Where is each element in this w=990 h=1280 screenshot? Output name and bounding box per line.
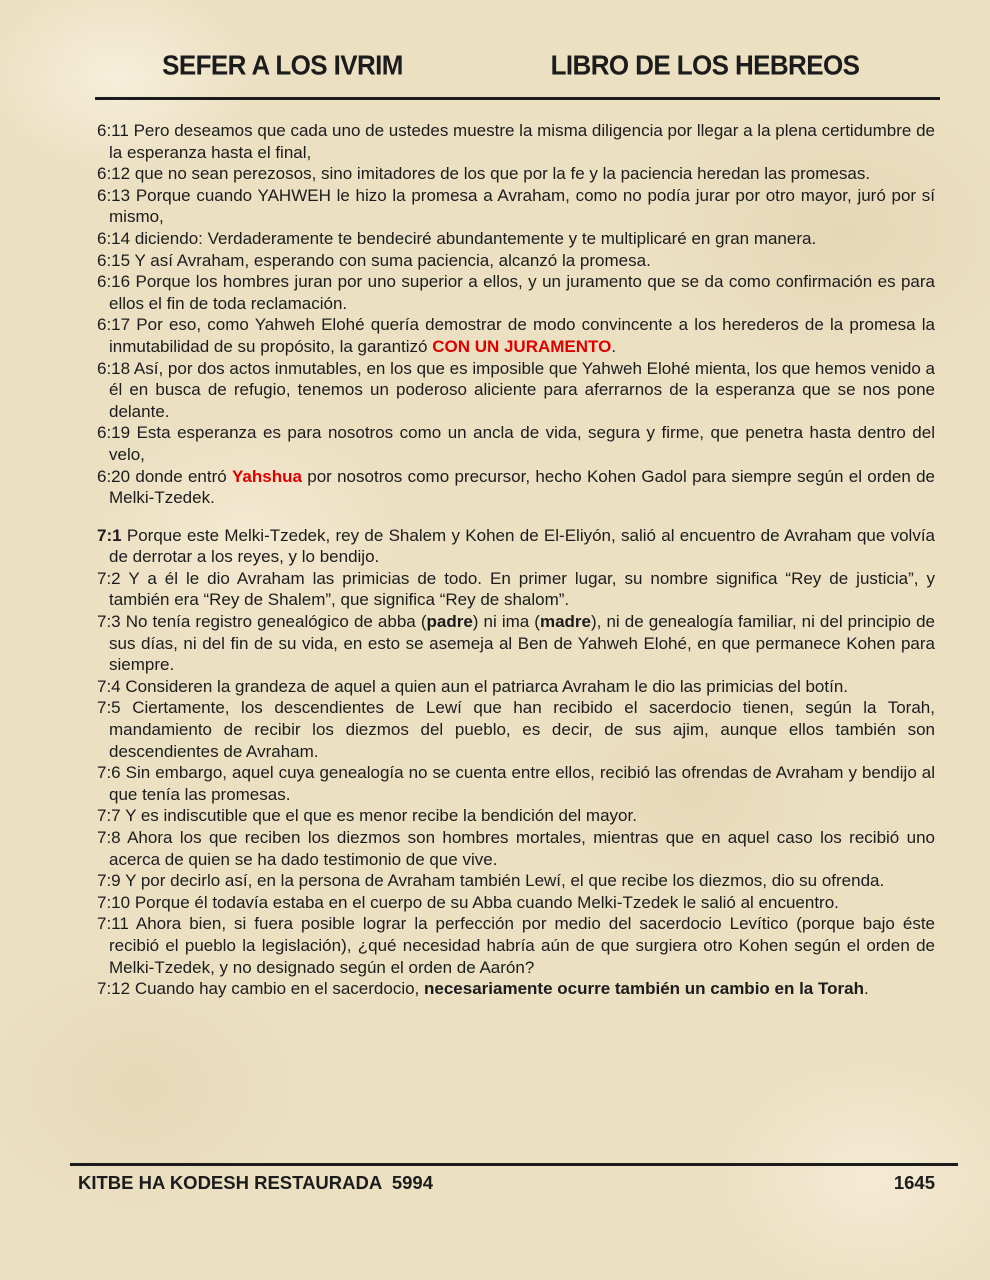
verse-number: 6:16 [97,272,130,291]
verse-number: 7:6 [97,763,121,782]
verse-text: Consideren la grandeza de aquel a quien … [125,677,848,696]
verse: 7:7 Y es indiscutible que el que es meno… [97,805,935,827]
verse-text: Y así Avraham, esperando con suma pacien… [135,251,651,270]
verse: 6:12 que no sean perezosos, sino imitado… [97,163,935,185]
verse-text: Porque cuando YAHWEH le hizo la promesa … [109,186,935,227]
verse-number: 6:17 [97,315,130,334]
verse-number: 7:5 [97,698,121,717]
scripture-page: SEFER A LOS IVRIM LIBRO DE LOS HEBREOS 6… [0,0,990,1280]
verse-text: Así, por dos actos inmutables, en los qu… [109,359,935,421]
verse: 7:10 Porque él todavía estaba en el cuer… [97,892,935,914]
verse-number: 7:12 [97,979,130,998]
verse: 6:11 Pero deseamos que cada uno de usted… [97,120,935,163]
verse: 7:2 Y a él le dio Avraham las primicias … [97,568,935,611]
verse-number: 7:8 [97,828,121,847]
verse-text: Ciertamente, los descendientes de Lewí q… [109,698,935,760]
verse: 7:5 Ciertamente, los descendientes de Le… [97,697,935,762]
verse: 6:14 diciendo: Verdaderamente te bendeci… [97,228,935,250]
verse-text: . [864,979,869,998]
page-footer: KITBE HA KODESH RESTAURADA 5994 1645 [78,1172,935,1194]
verse: 6:16 Porque los hombres juran por uno su… [97,271,935,314]
verse: 7:8 Ahora los que reciben los diezmos so… [97,827,935,870]
verse-number: 6:13 [97,186,130,205]
highlight-red: Yahshua [232,467,302,486]
header-divider [95,97,940,100]
footer-divider [70,1163,958,1166]
verse: 7:12 Cuando hay cambio en el sacerdocio,… [97,978,935,1000]
verse-text: Porque este Melki-Tzedek, rey de Shalem … [109,526,935,567]
verse: 6:13 Porque cuando YAHWEH le hizo la pro… [97,185,935,228]
verse-number: 7:2 [97,569,121,588]
verse-number: 7:11 [97,914,129,933]
verse-text: ) ni ima ( [473,612,540,631]
verse: 7:1 Porque este Melki-Tzedek, rey de Sha… [97,525,935,568]
highlight-red: CON UN JURAMENTO [432,337,611,356]
emphasis-bold: padre [426,612,472,631]
verse: 6:19 Esta esperanza es para nosotros com… [97,422,935,465]
emphasis-bold: necesariamente ocurre también un cambio … [424,979,864,998]
verse-text: Porque él todavía estaba en el cuerpo de… [135,893,839,912]
verse-text: . [611,337,616,356]
verse-text: donde entró [135,467,232,486]
verse-text: Porque los hombres juran por uno superio… [109,272,935,313]
verse-number: 6:11 [97,121,129,140]
emphasis-bold: madre [540,612,591,631]
verse: 6:18 Así, por dos actos inmutables, en l… [97,358,935,423]
verse-text: No tenía registro genealógico de abba ( [126,612,427,631]
verse-text: Pero deseamos que cada uno de ustedes mu… [109,121,935,162]
verse: 6:15 Y así Avraham, esperando con suma p… [97,250,935,272]
scripture-body: 6:11 Pero deseamos que cada uno de usted… [97,120,935,1000]
verse: 7:3 No tenía registro genealógico de abb… [97,611,935,676]
verse-number: 7:4 [97,677,121,696]
verse-text: Y a él le dio Avraham las primicias de t… [109,569,935,610]
verse-text: Ahora bien, si fuera posible lograr la p… [109,914,935,976]
verse-text: Sin embargo, aquel cuya genealogía no se… [109,763,935,804]
verse-number: 7:10 [97,893,130,912]
header-title-hebrew: SEFER A LOS IVRIM [95,49,470,82]
verse: 7:6 Sin embargo, aquel cuya genealogía n… [97,762,935,805]
verse-number: 6:18 [97,359,130,378]
header-title-spanish: LIBRO DE LOS HEBREOS [470,49,940,82]
verse-text: Cuando hay cambio en el sacerdocio, [135,979,424,998]
verse-text: Y por decirlo así, en la persona de Avra… [125,871,884,890]
verse: 6:20 donde entró Yahshua por nosotros co… [97,466,935,509]
verse: 7:9 Y por decirlo así, en la persona de … [97,870,935,892]
verse-number: 6:20 [97,467,130,486]
verse: 6:17 Por eso, como Yahweh Elohé quería d… [97,314,935,357]
verse-number: 6:12 [97,164,130,183]
footer-page-number: 1645 [894,1172,935,1194]
page-header: SEFER A LOS IVRIM LIBRO DE LOS HEBREOS [95,50,940,81]
verse-number: 7:1 [97,526,122,545]
verse-text: Esta esperanza es para nosotros como un … [109,423,935,464]
footer-edition: KITBE HA KODESH RESTAURADA 5994 [78,1172,433,1194]
verse-number: 7:9 [97,871,121,890]
verse-number: 6:14 [97,229,130,248]
verse-text: Ahora los que reciben los diezmos son ho… [109,828,935,869]
verse-text: diciendo: Verdaderamente te bendeciré ab… [135,229,816,248]
verse-number: 6:19 [97,423,130,442]
verse: 7:11 Ahora bien, si fuera posible lograr… [97,913,935,978]
verse-number: 7:3 [97,612,121,631]
verse-number: 6:15 [97,251,130,270]
verse-text: Y es indiscutible que el que es menor re… [125,806,637,825]
verse-text: que no sean perezosos, sino imitadores d… [135,164,870,183]
verse-number: 7:7 [97,806,121,825]
verse: 7:4 Consideren la grandeza de aquel a qu… [97,676,935,698]
